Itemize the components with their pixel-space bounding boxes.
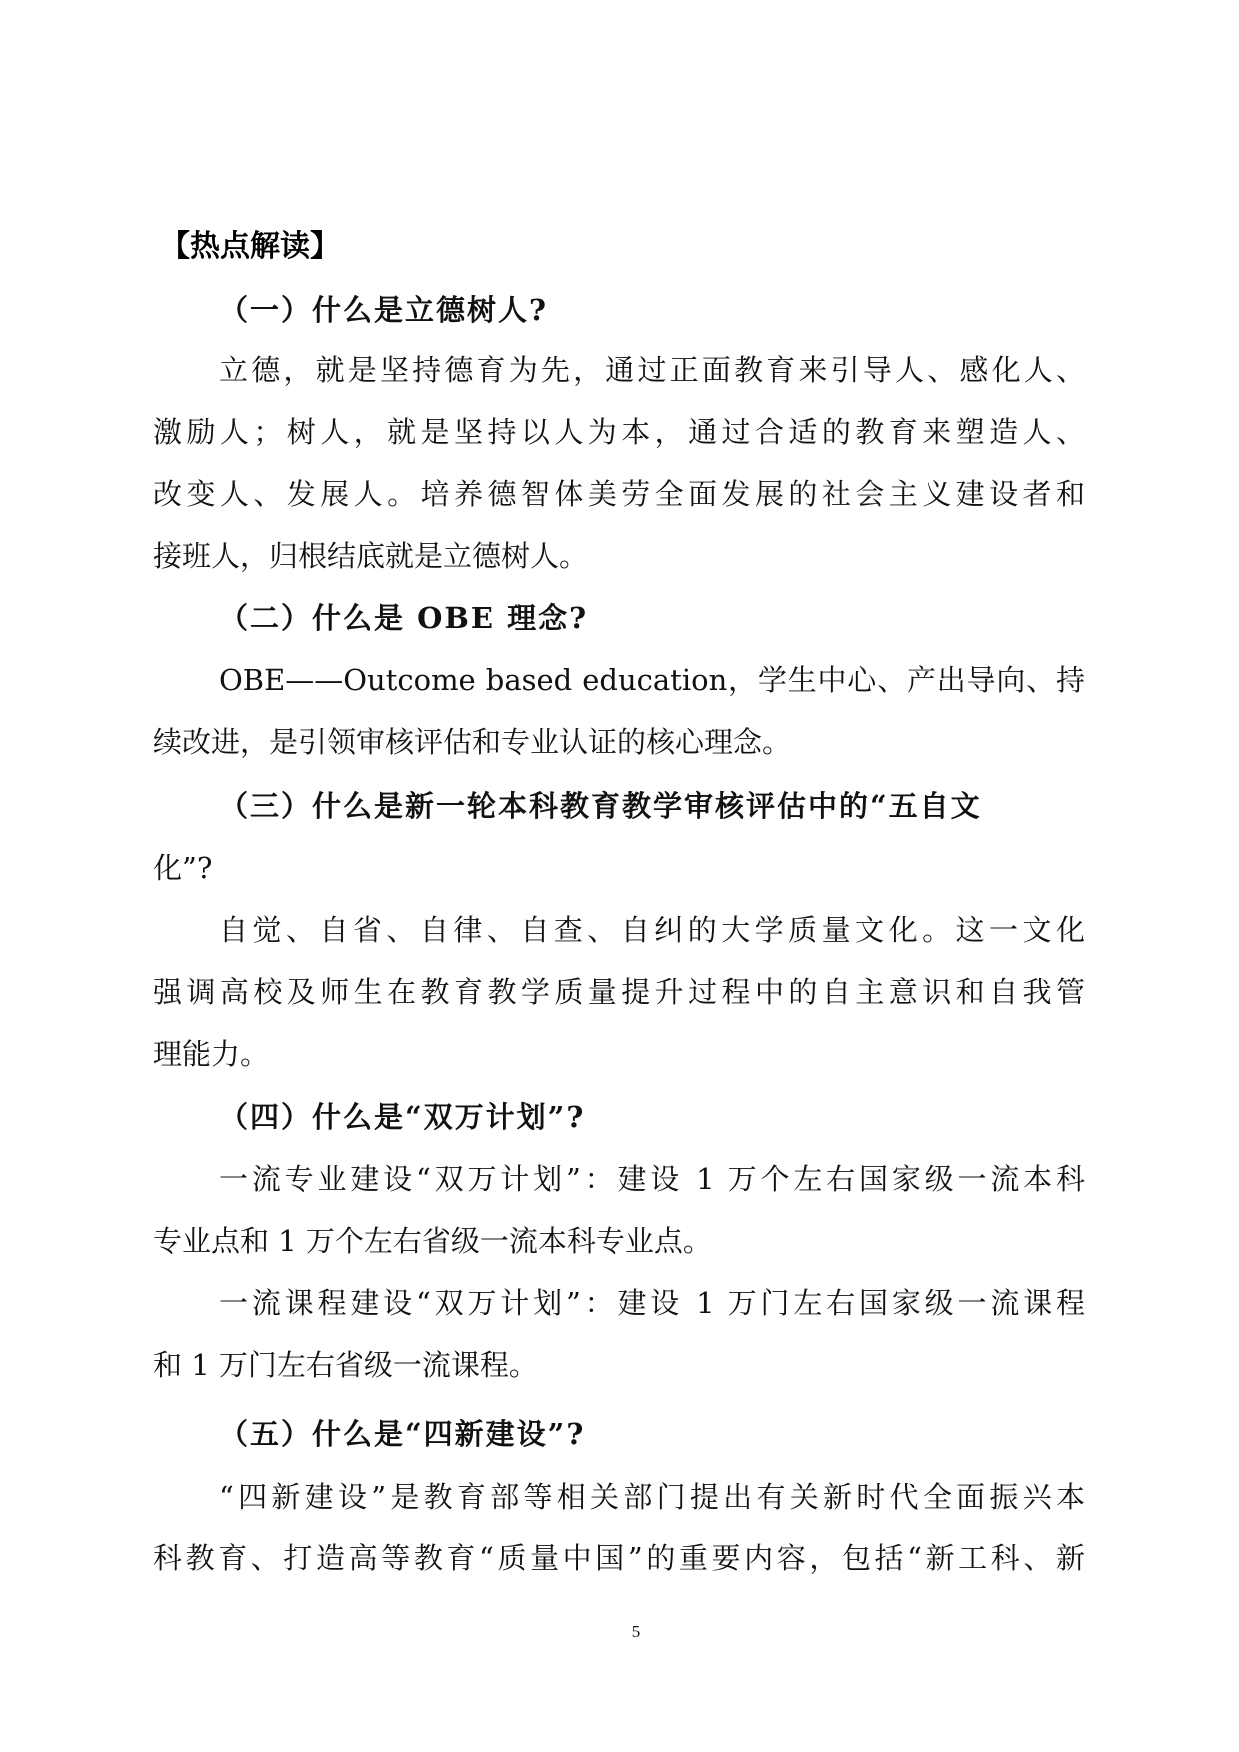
paragraph-line: 立德，就是坚持德育为先，通过正面教育来引导人、感化人、 bbox=[219, 350, 1085, 390]
paragraph-line: 接班人，归根结底就是立德树人。 bbox=[153, 536, 1085, 576]
document-page: 【热点解读】 （一）什么是立德树人? 立德，就是坚持德育为先，通过正面教育来引导… bbox=[0, 0, 1239, 1752]
paragraph-line: 一流课程建设“双万计划”：建设 1 万门左右国家级一流课程 bbox=[219, 1283, 1085, 1323]
paragraph-line: OBE——Outcome based education，学生中心、产出导向、持 bbox=[219, 660, 1085, 700]
paragraph-line: 和 1 万门左右省级一流课程。 bbox=[153, 1345, 1085, 1385]
heading-3-continuation: 化”? bbox=[153, 848, 1085, 888]
heading-5: （五）什么是“四新建设”? bbox=[219, 1414, 585, 1454]
paragraph-line: 一流专业建设“双万计划”：建设 1 万个左右国家级一流本科 bbox=[219, 1159, 1085, 1199]
paragraph-line: 续改进，是引领审核评估和专业认证的核心理念。 bbox=[153, 722, 1085, 762]
paragraph-line: 强调高校及师生在教育教学质量提升过程中的自主意识和自我管 bbox=[153, 972, 1085, 1012]
paragraph-line: 理能力。 bbox=[153, 1034, 1085, 1074]
page-number: 5 bbox=[600, 1620, 672, 1644]
paragraph-line: 改变人、发展人。培养德智体美劳全面发展的社会主义建设者和 bbox=[153, 474, 1085, 514]
heading-1: （一）什么是立德树人? bbox=[219, 290, 548, 330]
paragraph-line: 专业点和 1 万个左右省级一流本科专业点。 bbox=[153, 1221, 1085, 1261]
heading-3: （三）什么是新一轮本科教育教学审核评估中的“五自文 bbox=[219, 786, 982, 826]
paragraph-line: 激励人；树人，就是坚持以人为本，通过合适的教育来塑造人、 bbox=[153, 412, 1085, 452]
heading-4: （四）什么是“双万计划”? bbox=[219, 1097, 585, 1137]
paragraph-line: 科教育、打造高等教育“质量中国”的重要内容，包括“新工科、新 bbox=[153, 1538, 1085, 1578]
paragraph-line: 自觉、自省、自律、自查、自纠的大学质量文化。这一文化 bbox=[219, 910, 1085, 950]
heading-2: （二）什么是 OBE 理念? bbox=[219, 598, 588, 638]
section-title: 【热点解读】 bbox=[160, 226, 340, 268]
paragraph-line: “四新建设”是教育部等相关部门提出有关新时代全面振兴本 bbox=[219, 1477, 1085, 1517]
